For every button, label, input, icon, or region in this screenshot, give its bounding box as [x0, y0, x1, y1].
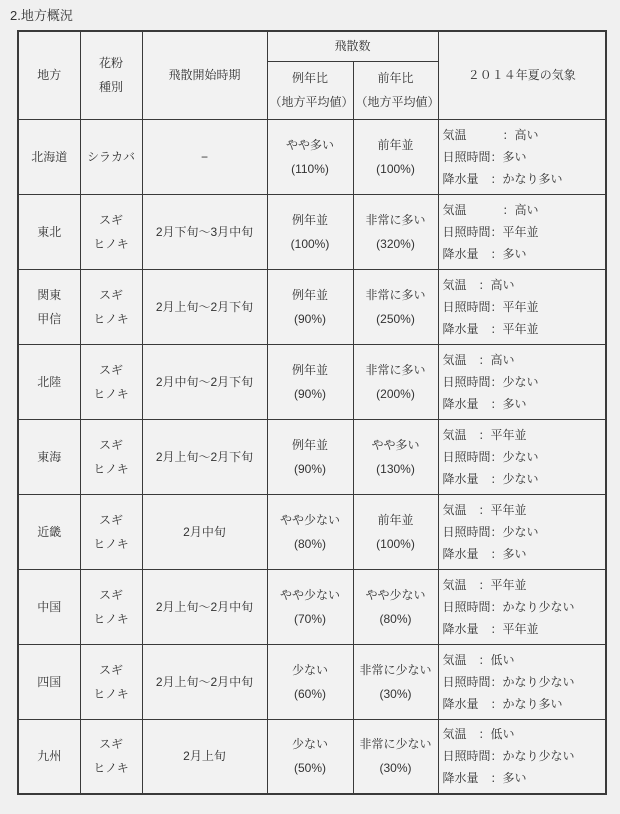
header-dispersal-count: 飛散数 [267, 31, 438, 61]
cell-pollen-type: シラカバ [80, 119, 142, 194]
cell-pollen-type: スギ ヒノキ [80, 494, 142, 569]
cell-vs-previous: 非常に多い (320%) [353, 194, 438, 269]
table-row-kyushu: 九州 スギ ヒノキ 2月上旬 少ない (50%) 非常に少ない (30%) 気温… [18, 719, 606, 794]
page: 2.地方概況 地方 花粉 種別 飛散開始時期 飛散数 ２０１４年夏の気象 例年比… [0, 0, 620, 814]
header-vs-previous: 前年比 （地方平均値） [353, 61, 438, 119]
cell-weather: 気温 ：低い 日照時間：かなり少ない 降水量 ：かなり多い [438, 644, 606, 719]
table-body: 北海道 シラカバ − やや多い (110%) 前年並 (100%) 気温 ：高い… [18, 119, 606, 794]
cell-start-period: 2月上旬～2月下旬 [142, 269, 267, 344]
table-header: 地方 花粉 種別 飛散開始時期 飛散数 ２０１４年夏の気象 例年比 （地方平均値… [18, 31, 606, 119]
cell-weather: 気温 ：平年並 日照時間：少ない 降水量 ：多い [438, 494, 606, 569]
cell-vs-previous: 非常に多い (200%) [353, 344, 438, 419]
table-row-hokkaido: 北海道 シラカバ − やや多い (110%) 前年並 (100%) 気温 ：高い… [18, 119, 606, 194]
cell-weather: 気温 ：平年並 日照時間：少ない 降水量 ：少ない [438, 419, 606, 494]
cell-vs-average: 少ない (50%) [267, 719, 353, 794]
header-row-top: 地方 花粉 種別 飛散開始時期 飛散数 ２０１４年夏の気象 [18, 31, 606, 61]
cell-region: 中国 [18, 569, 80, 644]
cell-vs-previous: 非常に少ない (30%) [353, 644, 438, 719]
cell-region: 東北 [18, 194, 80, 269]
cell-vs-previous: 前年並 (100%) [353, 119, 438, 194]
cell-start-period: 2月上旬 [142, 719, 267, 794]
cell-pollen-type: スギ ヒノキ [80, 194, 142, 269]
table-row-chugoku: 中国 スギ ヒノキ 2月上旬～2月中旬 やや少ない (70%) やや少ない (8… [18, 569, 606, 644]
cell-start-period: 2月中旬 [142, 494, 267, 569]
cell-weather: 気温 ：高い 日照時間：平年並 降水量 ：多い [438, 194, 606, 269]
cell-start-period: 2月下旬～3月中旬 [142, 194, 267, 269]
table-row-tokai: 東海 スギ ヒノキ 2月上旬～2月下旬 例年並 (90%) やや多い (130%… [18, 419, 606, 494]
cell-vs-previous: やや多い (130%) [353, 419, 438, 494]
header-start-period: 飛散開始時期 [142, 31, 267, 119]
cell-start-period: 2月中旬～2月下旬 [142, 344, 267, 419]
cell-vs-previous: やや少ない (80%) [353, 569, 438, 644]
table-row-shikoku: 四国 スギ ヒノキ 2月上旬～2月中旬 少ない (60%) 非常に少ない (30… [18, 644, 606, 719]
cell-pollen-type: スギ ヒノキ [80, 569, 142, 644]
cell-pollen-type: スギ ヒノキ [80, 644, 142, 719]
cell-vs-average: 例年並 (90%) [267, 419, 353, 494]
cell-start-period: 2月上旬～2月中旬 [142, 644, 267, 719]
cell-region: 四国 [18, 644, 80, 719]
cell-vs-average: 少ない (60%) [267, 644, 353, 719]
table-row-kinki: 近畿 スギ ヒノキ 2月中旬 やや少ない (80%) 前年並 (100%) 気温… [18, 494, 606, 569]
cell-region: 近畿 [18, 494, 80, 569]
cell-weather: 気温 ：高い 日照時間：少ない 降水量 ：多い [438, 344, 606, 419]
cell-vs-average: 例年並 (90%) [267, 344, 353, 419]
header-pollen-type: 花粉 種別 [80, 31, 142, 119]
cell-weather: 気温 ：平年並 日照時間：かなり少ない 降水量 ：平年並 [438, 569, 606, 644]
cell-vs-average: 例年並 (100%) [267, 194, 353, 269]
table-row-hokuriku: 北陸 スギ ヒノキ 2月中旬～2月下旬 例年並 (90%) 非常に多い (200… [18, 344, 606, 419]
cell-vs-average: やや少ない (80%) [267, 494, 353, 569]
cell-weather: 気温 ：高い 日照時間：多い 降水量 ：かなり多い [438, 119, 606, 194]
cell-start-period: 2月上旬～2月中旬 [142, 569, 267, 644]
cell-weather: 気温 ：低い 日照時間：かなり少ない 降水量 ：多い [438, 719, 606, 794]
cell-pollen-type: スギ ヒノキ [80, 419, 142, 494]
table-row-kanto-koshin: 関東 甲信 スギ ヒノキ 2月上旬～2月下旬 例年並 (90%) 非常に多い (… [18, 269, 606, 344]
cell-region: 北陸 [18, 344, 80, 419]
cell-vs-average: 例年並 (90%) [267, 269, 353, 344]
cell-start-period: − [142, 119, 267, 194]
cell-pollen-type: スギ ヒノキ [80, 269, 142, 344]
header-weather-2014: ２０１４年夏の気象 [438, 31, 606, 119]
cell-vs-previous: 非常に少ない (30%) [353, 719, 438, 794]
cell-pollen-type: スギ ヒノキ [80, 719, 142, 794]
cell-pollen-type: スギ ヒノキ [80, 344, 142, 419]
page-title: 2.地方概況 [0, 0, 620, 30]
cell-region: 関東 甲信 [18, 269, 80, 344]
cell-region: 九州 [18, 719, 80, 794]
cell-start-period: 2月上旬～2月下旬 [142, 419, 267, 494]
cell-region: 北海道 [18, 119, 80, 194]
table-row-tohoku: 東北 スギ ヒノキ 2月下旬～3月中旬 例年並 (100%) 非常に多い (32… [18, 194, 606, 269]
cell-vs-previous: 前年並 (100%) [353, 494, 438, 569]
cell-vs-average: やや多い (110%) [267, 119, 353, 194]
cell-vs-average: やや少ない (70%) [267, 569, 353, 644]
cell-region: 東海 [18, 419, 80, 494]
header-vs-average: 例年比 （地方平均値） [267, 61, 353, 119]
cell-weather: 気温 ：高い 日照時間：平年並 降水量 ：平年並 [438, 269, 606, 344]
cell-vs-previous: 非常に多い (250%) [353, 269, 438, 344]
regional-pollen-summary-table: 地方 花粉 種別 飛散開始時期 飛散数 ２０１４年夏の気象 例年比 （地方平均値… [17, 30, 607, 795]
header-region: 地方 [18, 31, 80, 119]
